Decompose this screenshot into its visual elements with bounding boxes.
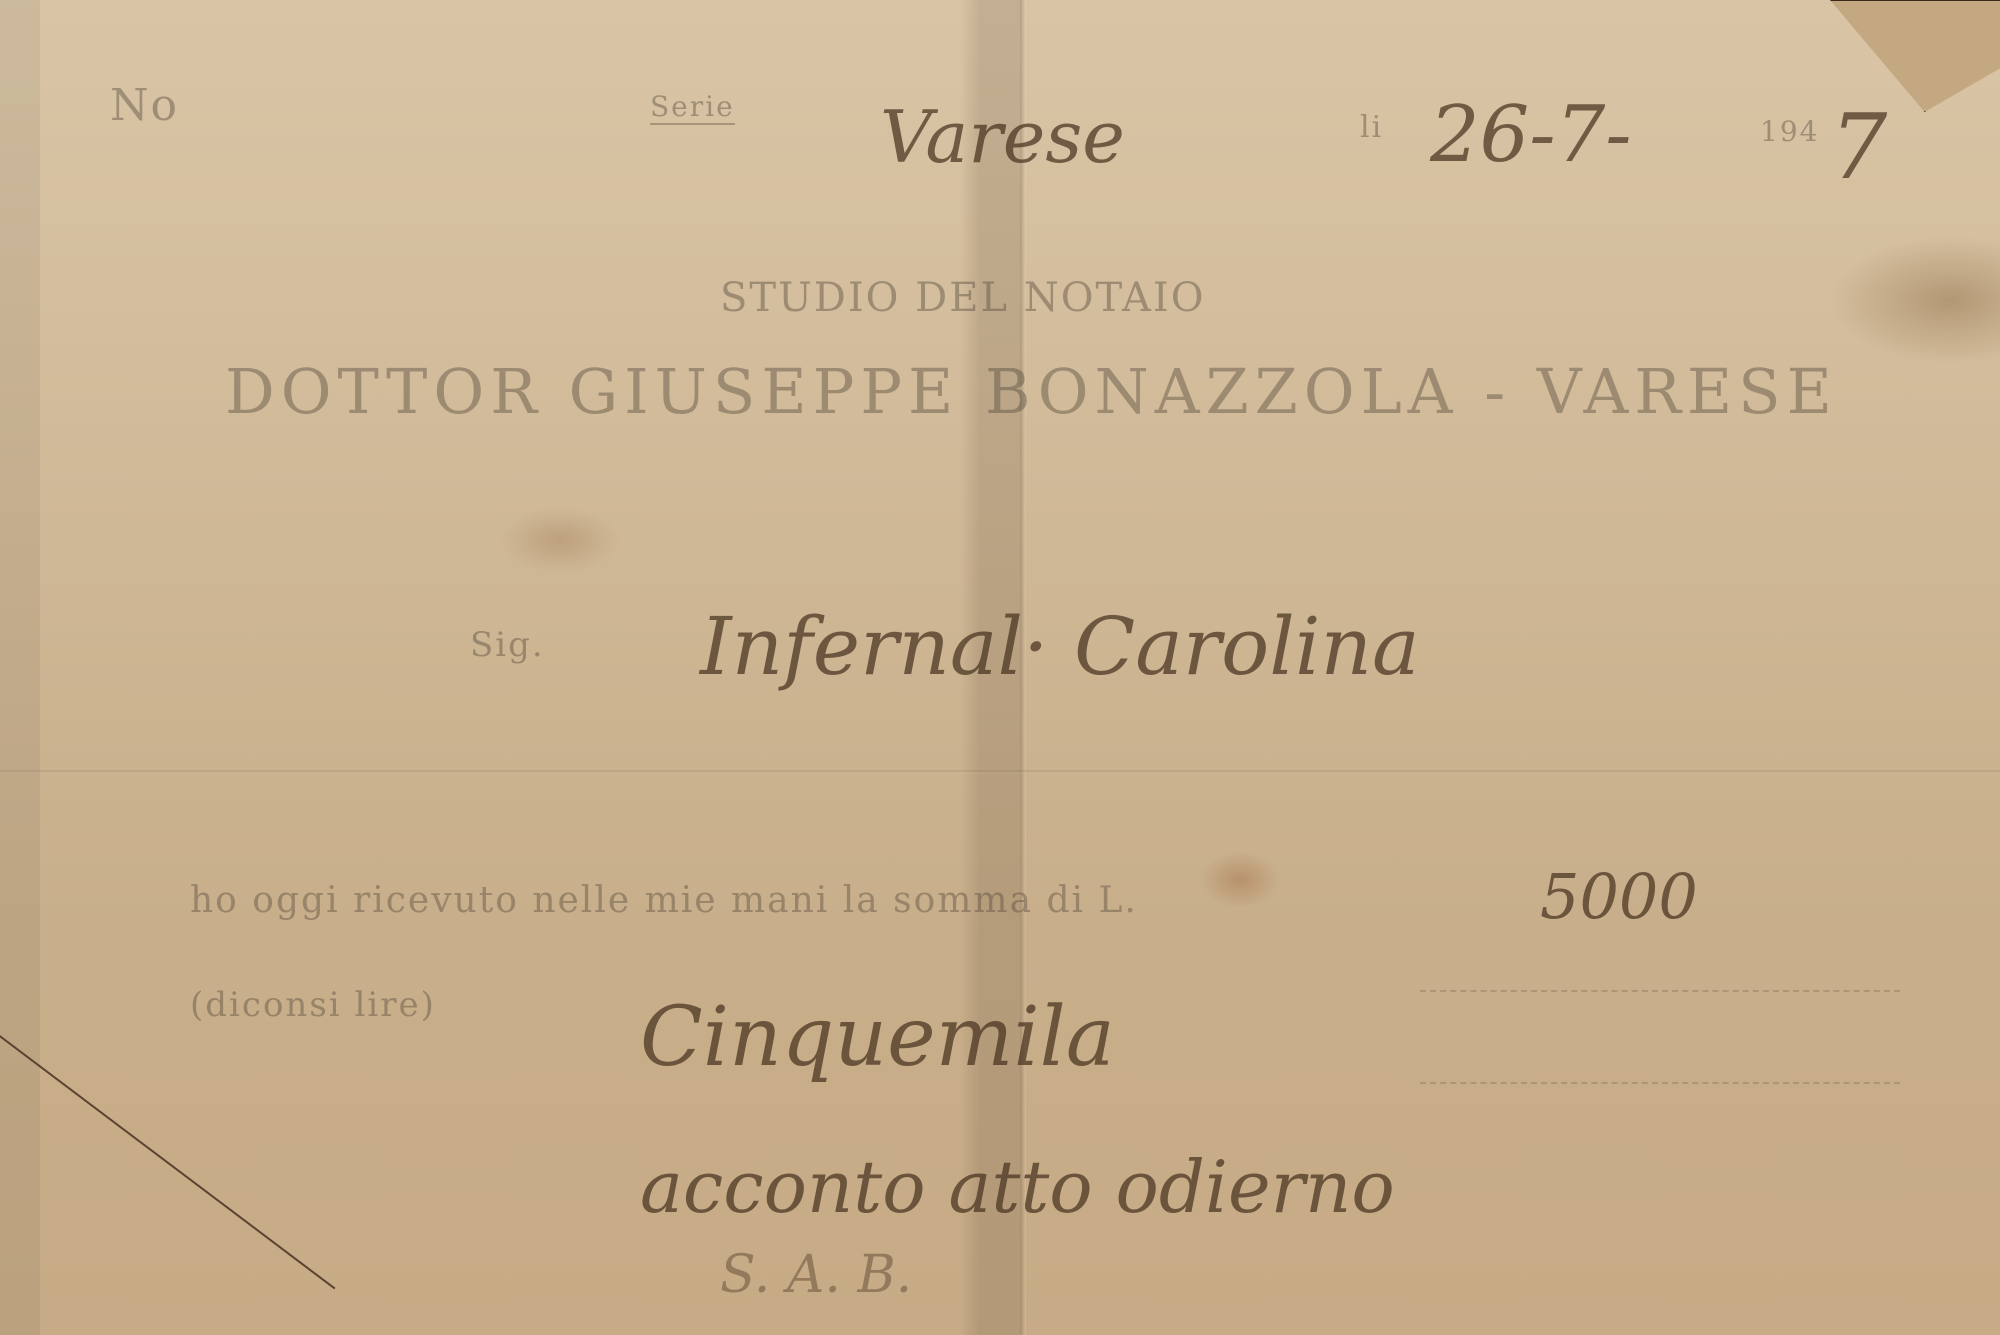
horizontal-fold	[0, 770, 2000, 774]
letterhead-studio: STUDIO DEL NOTAIO	[720, 275, 1205, 321]
date-prefix: li	[1360, 110, 1383, 145]
recipient-label: Sig.	[470, 625, 545, 665]
handwritten-reason: acconto atto odierno	[640, 1145, 1395, 1229]
handwritten-date: 26-7-	[1430, 90, 1632, 180]
serie-label: Serie	[650, 90, 735, 125]
letterhead-notary-name: DOTTOR GIUSEPPE BONAZZOLA - VARESE	[225, 355, 1838, 428]
handwritten-payer-name: Infernal· Carolina	[700, 600, 1420, 693]
year-prefix: 194	[1760, 115, 1819, 148]
receipt-number-label: No	[110, 80, 179, 131]
lire-label: (diconsi lire)	[190, 985, 436, 1025]
handwritten-amount-words: Cinquemila	[640, 990, 1115, 1085]
handwritten-city: Varese	[880, 95, 1125, 179]
handwritten-year-digit: 7	[1830, 95, 1887, 200]
received-statement: ho oggi ricevuto nelle mie mani la somma…	[190, 880, 1138, 921]
amount-guilloche-band	[1420, 990, 1900, 1084]
handwritten-signature: S. A. B.	[720, 1245, 912, 1305]
handwritten-amount: 5000	[1540, 860, 1698, 933]
